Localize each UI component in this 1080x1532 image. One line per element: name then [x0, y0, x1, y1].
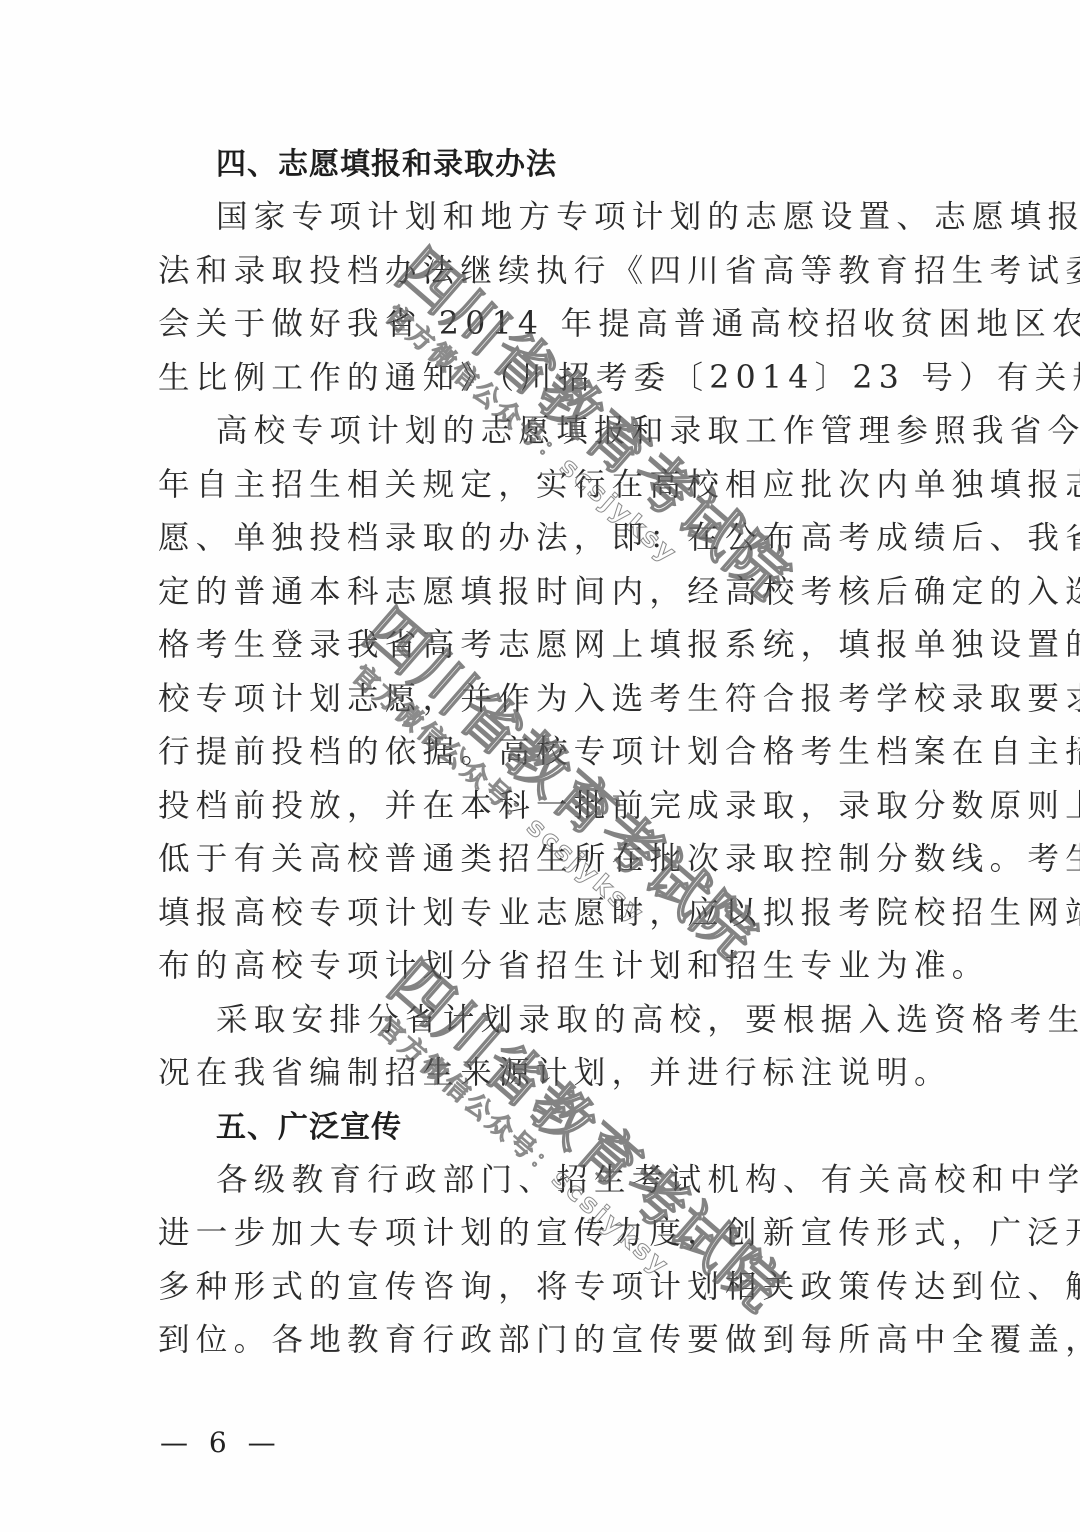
paragraph: 采取安排分省计划录取的高校，要根据入选资格考生情 况在我省编制招生来源计划，并进… [158, 994, 920, 1101]
text-line: 会关于做好我省 2014 年提高普通高校招收贫困地区农村学 [158, 298, 920, 352]
text-line: 愿、单独投档录取的办法，即：在公布高考成绩后、我省规 [158, 512, 920, 566]
section-heading-5: 五、广泛宣传 [158, 1101, 920, 1154]
text-line: 定的普通本科志愿填报时间内，经高校考核后确定的入选资 [158, 566, 920, 620]
text-line: 各级教育行政部门、招生考试机构、有关高校和中学要 [158, 1154, 920, 1208]
text-line: 进一步加大专项计划的宣传力度，创新宣传形式，广泛开展 [158, 1207, 920, 1261]
text-line: 况在我省编制招生来源计划，并进行标注说明。 [158, 1047, 920, 1101]
page-number: — 6 — [160, 1426, 282, 1459]
text-line: 填报高校专项计划专业志愿时，应以拟报考院校招生网站公 [158, 887, 920, 941]
text-line: 生比例工作的通知》（川招考委〔2014〕23 号）有关规定。 [158, 352, 920, 406]
text-line: 校专项计划志愿，并作为入选考生符合报考学校录取要求时进 [158, 673, 920, 727]
text-line: 采取安排分省计划录取的高校，要根据入选资格考生情 [158, 994, 920, 1048]
text-line: 布的高校专项计划分省招生计划和招生专业为准。 [158, 940, 920, 994]
text-line: 国家专项计划和地方专项计划的志愿设置、志愿填报办 [158, 191, 920, 245]
paragraph: 高校专项计划的志愿填报和录取工作管理参照我省今 年自主招生相关规定，实行在高校相… [158, 405, 920, 994]
text-line: 行提前投档的依据。高校专项计划合格考生档案在自主招生 [158, 726, 920, 780]
text-line: 年自主招生相关规定，实行在高校相应批次内单独填报志 [158, 459, 920, 513]
text-line: 高校专项计划的志愿填报和录取工作管理参照我省今 [158, 405, 920, 459]
text-line: 格考生登录我省高考志愿网上填报系统，填报单独设置的高 [158, 619, 920, 673]
text-line: 低于有关高校普通类招生所在批次录取控制分数线。考生在 [158, 833, 920, 887]
section-heading-4: 四、志愿填报和录取办法 [158, 138, 920, 191]
text-line: 法和录取投档办法继续执行《四川省高等教育招生考试委员 [158, 245, 920, 299]
text-line: 多种形式的宣传咨询，将专项计划相关政策传达到位、解读 [158, 1261, 920, 1315]
paragraph: 国家专项计划和地方专项计划的志愿设置、志愿填报办 法和录取投档办法继续执行《四川… [158, 191, 920, 405]
document-body: 四、志愿填报和录取办法 国家专项计划和地方专项计划的志愿设置、志愿填报办 法和录… [158, 138, 920, 1368]
text-line: 投档前投放，并在本科一批前完成录取，录取分数原则上不 [158, 780, 920, 834]
text-line: 到位。各地教育行政部门的宣传要做到每所高中全覆盖，让 [158, 1314, 920, 1368]
paragraph: 各级教育行政部门、招生考试机构、有关高校和中学要 进一步加大专项计划的宣传力度，… [158, 1154, 920, 1368]
document-page: 四、志愿填报和录取办法 国家专项计划和地方专项计划的志愿设置、志愿填报办 法和录… [0, 0, 1080, 1532]
